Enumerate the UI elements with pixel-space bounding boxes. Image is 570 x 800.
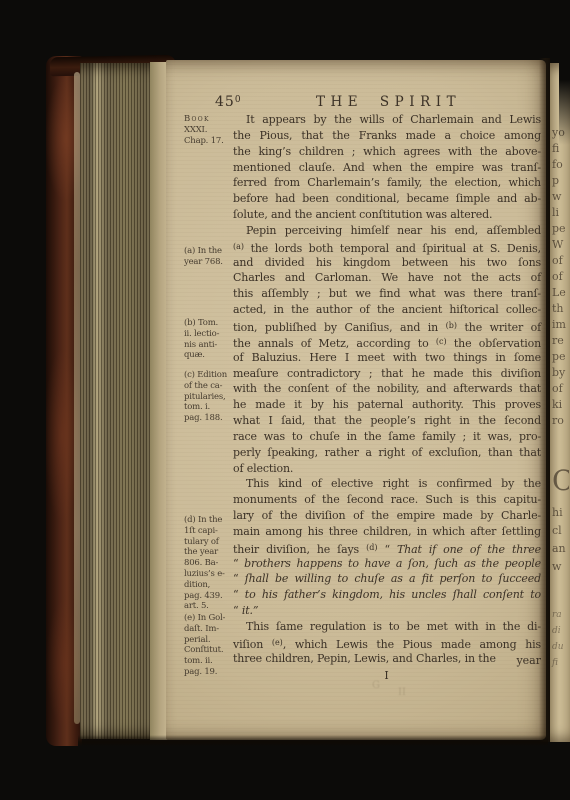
catchword: year — [233, 654, 541, 667]
text-line: This ſame regulation is to be met with i… — [233, 619, 541, 635]
text-line: “ ſhall be willing to chuſe as a fit per… — [233, 571, 541, 587]
facing-page-text-fragment: an — [552, 542, 566, 555]
facing-page-text-fragment: of — [552, 382, 563, 395]
bottom-edge-shadow — [78, 735, 548, 747]
text-line: monuments of the ſecond race. Such is th… — [233, 492, 541, 508]
text-line: (a) the lords both temporal and ſpiritua… — [233, 239, 541, 255]
facing-page-text-fragment: p — [552, 174, 559, 187]
text-line: the Pious, that the Franks made a choice… — [233, 128, 541, 144]
text-line: the annals of Metz, according to (c) the… — [233, 334, 541, 350]
facing-page-text-fragment: w — [552, 190, 561, 203]
text-line: ſolute, and the ancient conſtitution was… — [233, 207, 541, 223]
text-line: “ it.” — [233, 603, 541, 619]
text-line: acted, in the author of the ancient hiſt… — [233, 302, 541, 318]
text-line: what I ſaid, that the people’s right in … — [233, 413, 541, 429]
margin-note: (d) In the1ſt capi-tulary ofthe year806.… — [184, 515, 236, 612]
facing-page-text-fragment: of — [552, 270, 563, 283]
margin-note: BookXXXI.Chap. 17. — [184, 114, 236, 146]
text-block: It appears by the wills of Charlemain an… — [233, 112, 541, 667]
margin-note: (c) Editionof the ca-pitularies,tom. i.p… — [184, 370, 236, 424]
top-right-shadow — [559, 0, 570, 145]
text-line: race was to chuſe in the ſame family ; i… — [233, 429, 541, 445]
bleedthrough-mark: II — [398, 687, 406, 698]
bleedthrough-mark: G — [372, 680, 380, 691]
text-line: main among his three children, in which … — [233, 524, 541, 540]
text-line: perly ſpeaking, rather a right of excluſ… — [233, 445, 541, 461]
margin-note: (b) Tom.ii. lectio-nis anti-quæ. — [184, 318, 236, 361]
gutter-shadow — [539, 58, 550, 742]
facing-page-text-fragment: th — [552, 302, 564, 315]
text-line: This kind of elective right is confirmed… — [233, 476, 541, 492]
page-number-main: 45 — [215, 94, 235, 110]
facing-page-text-fragment: pe — [552, 350, 566, 363]
facing-page-text-fragment: by — [552, 366, 565, 379]
facing-page-text-fragment: fo — [552, 158, 563, 171]
margin-note: (a) In theyear 768. — [184, 246, 236, 268]
text-line: viſion (e), which Lewis the Pious made a… — [233, 635, 541, 651]
text-line: lary of the diviſion of the empire made … — [233, 508, 541, 524]
text-line: Pepin perceiving himſelf near his end, a… — [233, 223, 541, 239]
text-line: It appears by the wills of Charlemain an… — [233, 112, 541, 128]
text-line: “ to his father’s kingdom, his uncles ſh… — [233, 587, 541, 603]
facing-page-text-fragment: li — [552, 206, 559, 219]
text-line: before had been conditional, became ſimp… — [233, 191, 541, 207]
text-line: Charles and Carloman. We have not the ac… — [233, 270, 541, 286]
text-line: of election. — [233, 461, 541, 477]
text-line: this aſſembly ; but we find what was the… — [233, 286, 541, 302]
running-title: THE SPIRIT — [316, 94, 461, 110]
facing-page-text-fragment: C — [552, 464, 569, 497]
facing-page-text-fragment: re — [552, 334, 564, 347]
facing-page-text-fragment: of — [552, 254, 563, 267]
facing-page-text-fragment: ro — [552, 414, 564, 427]
text-line: of Baluzius. Here I meet with two things… — [233, 350, 541, 366]
margin-note: (e) In Gol-daſt. Im-perial.Conſtitut.tom… — [184, 613, 236, 678]
page-number: 450 — [215, 94, 242, 110]
text-line: he made it by his paternal authority. Th… — [233, 397, 541, 413]
signature-mark: I — [233, 669, 541, 682]
facing-page-text-fragment: ki — [552, 398, 562, 411]
facing-page-text-fragment: di — [552, 626, 561, 636]
text-line: meaſure contradictory ; that he made thi… — [233, 366, 541, 382]
facing-page-text-fragment: Le — [552, 286, 566, 299]
facing-page-text-fragment: fi — [552, 658, 558, 668]
facing-page-text-fragment: w — [552, 560, 561, 573]
book-photo: 450 THE SPIRIT BookXXXI.Chap. 17.(a) In … — [0, 0, 570, 800]
text-line: their diviſion, he ſays (d) “ That if on… — [233, 540, 541, 556]
text-line: “ brothers happens to have a ſon, ſuch a… — [233, 556, 541, 572]
text-line: with the conſent of the nobility, and af… — [233, 381, 541, 397]
facing-page-text-fragment: ra — [552, 610, 562, 620]
facing-page-text-fragment: du — [552, 642, 564, 652]
facing-page-text-fragment: W — [552, 238, 563, 251]
facing-page-text-fragment: cl — [552, 524, 562, 537]
facing-page-text-fragment: pe — [552, 222, 566, 235]
text-line: and divided his kingdom between his two … — [233, 255, 541, 271]
text-line: the king’s children ; which agrees with … — [233, 144, 541, 160]
text-line: ferred from Charlemain’s family, the ele… — [233, 175, 541, 191]
facing-page-text-fragment: im — [552, 318, 566, 331]
facing-page-text-fragment: hi — [552, 506, 563, 519]
page-number-sup: 0 — [235, 95, 242, 105]
text-line: mentioned clauſe. And when the empire wa… — [233, 160, 541, 176]
text-line: tion, publiſhed by Caniſius, and in (b) … — [233, 318, 541, 334]
